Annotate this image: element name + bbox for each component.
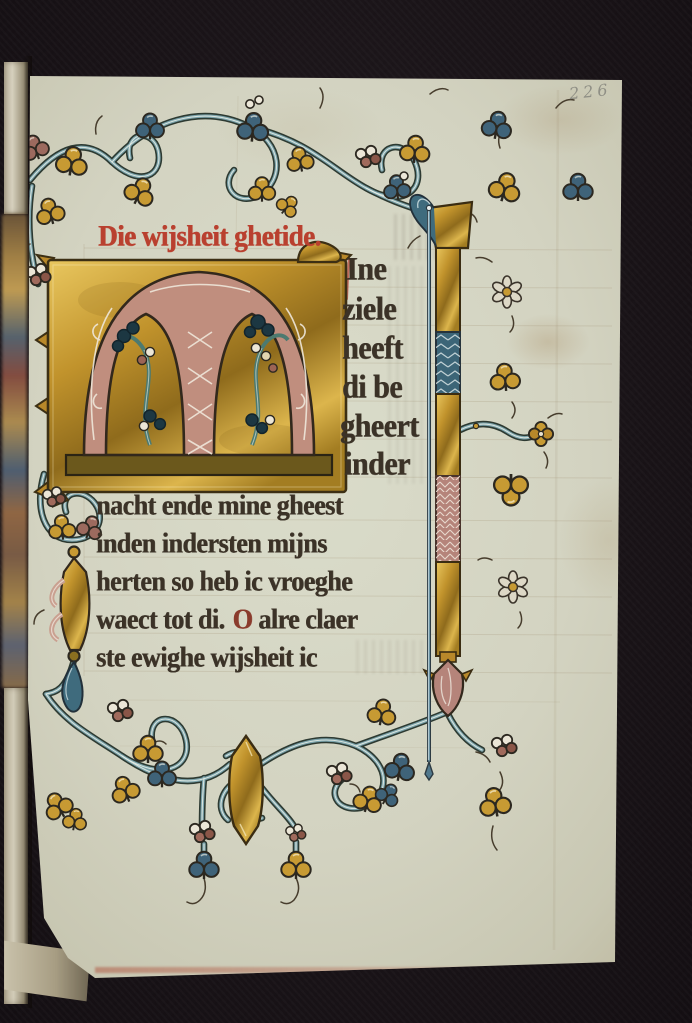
text-line: gheert	[340, 408, 419, 445]
text-segment: alre claer	[258, 603, 357, 635]
text-line: inden indersten mijns	[96, 527, 327, 560]
text-segment: waect tot di.	[96, 603, 225, 635]
fore-edge-red-stain	[95, 967, 605, 973]
text-line: nacht ende mine gheest	[96, 489, 343, 522]
text-line: heeft	[342, 330, 403, 367]
illuminated-initial-M	[35, 242, 351, 506]
manuscript-photo: 226 Die wijsheit ghetide. M Ine ziele he…	[0, 0, 692, 1023]
text-line: inder	[344, 446, 410, 483]
ink-bleedthrough	[356, 640, 428, 674]
text-line: waect tot di.Oalre claer	[96, 603, 357, 636]
trefoil-leaves	[18, 96, 593, 879]
book-gutter	[0, 56, 30, 1008]
folio-number: 226	[568, 80, 612, 103]
text-line: di be	[342, 369, 402, 406]
lombard-initial-O: O	[233, 603, 253, 635]
bottom-knot-ornament	[229, 736, 263, 844]
manuscript-page: 226 Die wijsheit ghetide. M Ine ziele he…	[0, 0, 692, 1023]
illuminated-initial-letter: M	[110, 268, 280, 475]
text-line: Ine	[346, 251, 386, 288]
text-line: ziele	[342, 291, 396, 328]
text-line: herten so heb ic vroeghe	[96, 565, 352, 598]
rubric-heading: Die wijsheit ghetide.	[98, 219, 321, 253]
left-margin-ornament	[52, 547, 90, 712]
ink-bleedthrough	[394, 214, 458, 260]
text-line: ste ewighe wijsheit ic	[96, 641, 317, 674]
